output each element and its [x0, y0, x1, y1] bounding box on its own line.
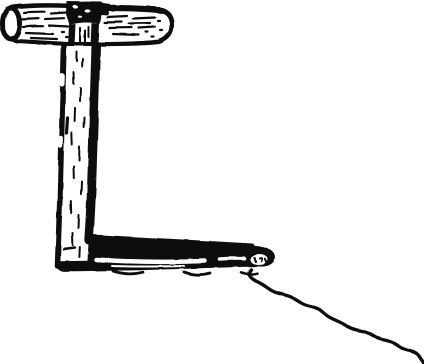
- grain-hatch: [31, 38, 57, 39]
- tool-sketch-svg: wooden T-handle grip: [0, 0, 424, 364]
- grip-end-cap: [3, 8, 20, 39]
- grain-hatch: [21, 19, 39, 20]
- knot-speck: [72, 5, 77, 8]
- shaft-speckle: [80, 88, 81, 101]
- cord-group: trailing wavy cord: [249, 270, 424, 364]
- cord: [249, 270, 424, 364]
- grain-hatch: [23, 26, 43, 27]
- scanned-illustration: wooden T-handle grip: [0, 0, 424, 364]
- arm-group: horizontal bent arm: [57, 236, 275, 275]
- grain-hatch: [26, 33, 53, 34]
- grain-hatch: [104, 22, 122, 23]
- grain-hatch: [49, 26, 68, 27]
- arm-highlight-streak: [219, 258, 244, 259]
- junction-strip-left: [68, 24, 76, 46]
- arm-highlight-streak: [96, 260, 205, 262]
- grain-hatch: [45, 18, 64, 19]
- grip-top-edge: [15, 6, 68, 8]
- grain-hatch: [109, 28, 132, 29]
- arm-bump: [113, 271, 143, 274]
- shaft-speckle: [81, 181, 82, 194]
- shaft-group: vertical shaft: [58, 45, 98, 266]
- arm-bottom-bumps: [113, 271, 257, 275]
- arm-highlight-streak: [112, 266, 184, 267]
- tip-mark: [265, 259, 267, 263]
- grip-top-edge: [101, 8, 162, 11]
- arm-bump: [184, 272, 210, 275]
- shaft-speckles: [71, 52, 84, 257]
- shaft-blotch: [67, 118, 68, 133]
- tool-sketch: wooden T-handle grip: [3, 1, 424, 364]
- grain-hatch: [113, 34, 139, 35]
- grain-hatch: [133, 18, 155, 19]
- shaft-tick: [64, 248, 76, 250]
- grain-hatch: [51, 13, 66, 14]
- knot-speck: [78, 15, 82, 18]
- grain-hatch: [139, 27, 155, 28]
- knot-speck: [84, 9, 90, 12]
- grip-bottom-edge: [102, 42, 159, 44]
- grain-hatch: [129, 23, 150, 24]
- shaft-speckle: [79, 147, 80, 160]
- grain-hatch: [107, 16, 127, 17]
- grain-hatch: [24, 12, 45, 13]
- shaft-speckle: [78, 215, 79, 228]
